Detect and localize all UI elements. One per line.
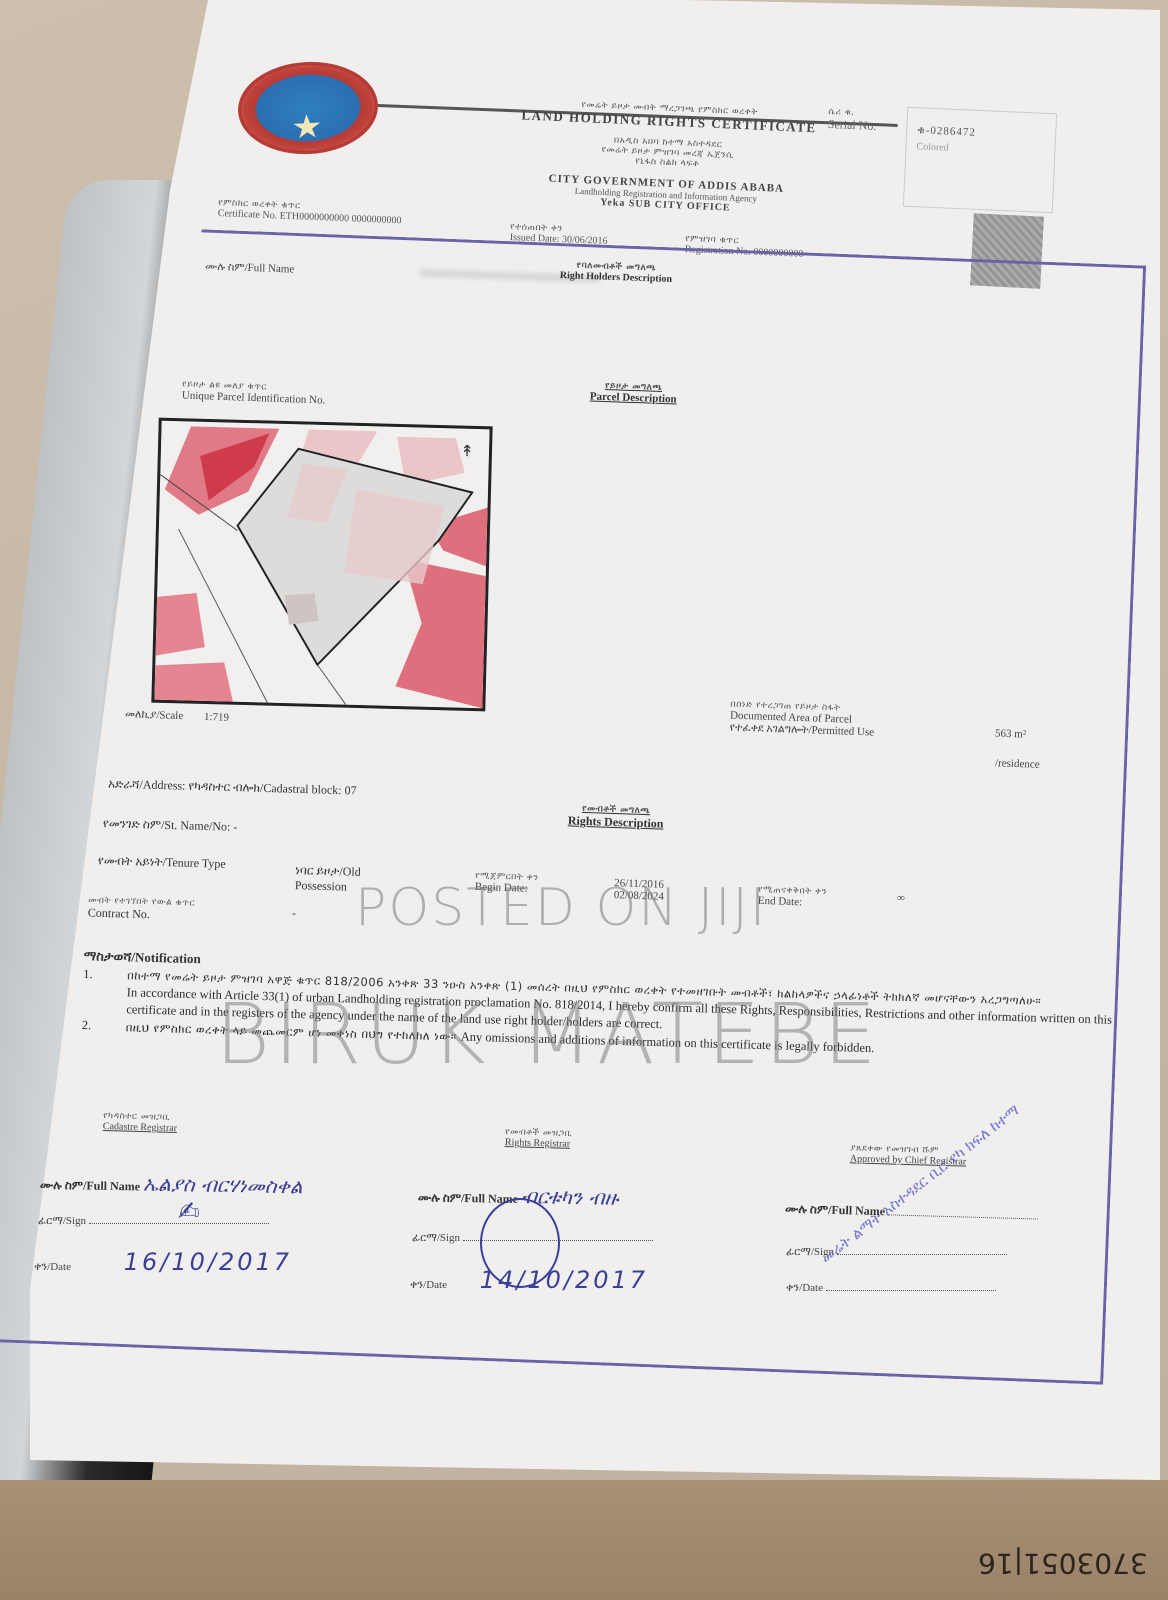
contract-number: መብት የተገኘበት የውል ቁጥር Contract No.: [88, 896, 195, 924]
cadastre-sign-field: ፊርማ/Sign ✍: [38, 1215, 288, 1228]
permitted-use-value: /residence: [995, 757, 1040, 771]
end-date-en: End Date:: [758, 895, 827, 909]
parcel-map-drawing: ↟: [154, 421, 489, 708]
notification-num: 1.: [82, 966, 127, 1018]
end-date-value: ∞: [897, 892, 905, 904]
watermark-posted: POSTED ON JIJI: [355, 878, 767, 938]
cadastre-date-label: ቀን/Date: [34, 1261, 71, 1273]
contract-label: Contract No.: [88, 906, 150, 922]
cadastre-full-name-field: ሙሉ ስም/Full Name ኤልያስ ብርሃነመስቀል: [40, 1170, 303, 1199]
cadastre-full-name-label: ሙሉ ስም/Full Name: [40, 1178, 140, 1194]
tenure-value-en: Possession: [295, 878, 361, 895]
street-value: -: [233, 820, 237, 834]
cadastre-full-name-value: ኤልያስ ብርሃነመስቀል: [143, 1172, 303, 1199]
rights-date-value: 14/10/2017: [480, 1266, 648, 1294]
cadastre-registrar-heading: የካዳስተር መዝጋቢ Cadastre Registrar: [103, 1111, 178, 1134]
scale-label: መለኪያ/Scale: [125, 708, 184, 722]
rights-date-label: ቀን/Date: [410, 1279, 447, 1291]
parcel-description-heading: የይዞታ መግለጫ Parcel Description: [590, 380, 678, 405]
tenure-type-value: ነባር ይዞታ/Old Possession: [295, 863, 361, 895]
end-date-label: የሚጠናቀቅበት ቀን End Date:: [758, 885, 827, 909]
rights-registrar-heading: የመብቶች መዝጋቢ Rights Registrar: [505, 1127, 573, 1150]
rights-sign-label: ፊርማ/Sign: [412, 1232, 460, 1244]
serial-number: ቁ-0286472: [917, 124, 1045, 143]
rights-date-field: ቀን/Date 14/10/2017: [410, 1266, 648, 1294]
contract-value: -: [292, 906, 296, 921]
certificate-no-label: Certificate No.: [218, 208, 278, 221]
serial-number-box: ቁ-0286472 Colored: [903, 107, 1057, 213]
documented-area: በሰነድ የተረጋገጠ የይዞታ ስፋት Documented Area of …: [729, 699, 875, 739]
cadastre-signature: ✍: [178, 1197, 200, 1227]
scale-value: 1:719: [204, 711, 229, 724]
parcel-map: ↟: [151, 418, 492, 712]
serial-label: ሴሪ ቁ. Serial No.: [827, 107, 877, 134]
street-label: የመንገድ ስም/St. Name/No:: [103, 816, 231, 834]
serial-status: Colored: [916, 141, 1044, 158]
watermark-name: BIRUK MATEBE: [215, 985, 880, 1083]
rights-registrar-title-en: Rights Registrar: [505, 1137, 572, 1150]
rights-description-heading: የመብቶች መግለጫ Rights Description: [568, 803, 664, 831]
cadastre-sign-label: ፊርማ/Sign: [38, 1215, 86, 1227]
right-holders-heading: የባለመብቶች መግለጫ Right Holders Description: [560, 260, 673, 285]
cadastre-date-field: ቀን/Date 16/10/2017: [34, 1248, 292, 1276]
certificate-page: የመሬት ይዞታ መብት ማረጋገጫ የምስክር ወረቀት LAND HOLDI…: [0, 0, 1168, 1600]
cadastre-date-value: 16/10/2017: [124, 1248, 292, 1276]
notification-num: 2.: [82, 1017, 126, 1036]
certificate-title-block: የመሬት ይዞታ መብት ማረጋገጫ የምስክር ወረቀት LAND HOLDI…: [485, 96, 849, 219]
cadastral-block-value: 07: [344, 783, 356, 797]
north-arrow-icon: ↟: [460, 443, 474, 460]
chief-date-label: ቀን/Date: [786, 1282, 823, 1294]
cadastre-title-en: Cadastre Registrar: [103, 1121, 177, 1134]
serial-label-en: Serial No.: [827, 117, 876, 134]
area-value: 563 m²: [995, 727, 1027, 740]
